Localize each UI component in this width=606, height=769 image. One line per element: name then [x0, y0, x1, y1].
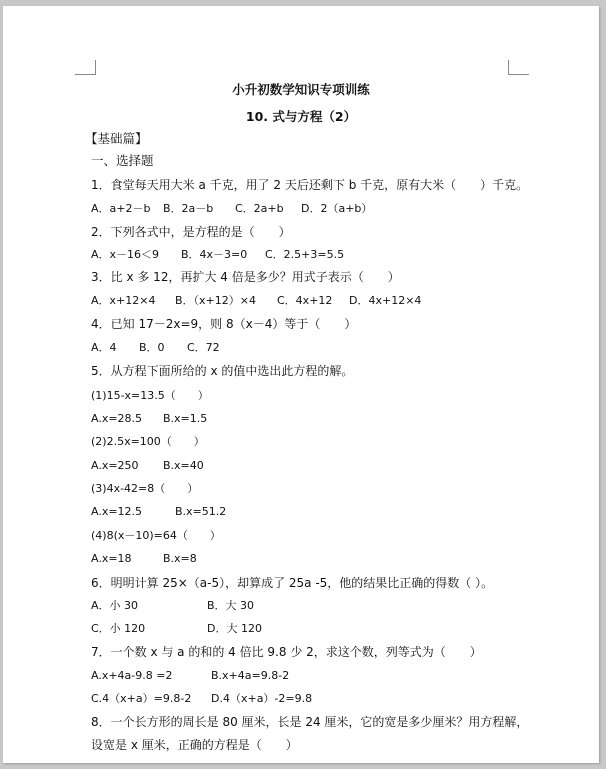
option-a: A．4 — [91, 341, 139, 355]
option-d: D．2（a+b） — [301, 202, 372, 216]
question-7-options-row-2: C.4（x+a）=9.8-2D.4（x+a）-2=9.8 — [91, 692, 312, 706]
question-8-stem-continued: 设宽是 x 厘米，正确的方程是（ ） — [91, 738, 298, 752]
option-a: A．x+12×4 — [91, 294, 175, 308]
option-b: B．0 — [139, 341, 187, 355]
question-5-sub-1-stem: (1)15-x=13.5（ ） — [91, 389, 209, 403]
option-a: A．小 30 — [91, 599, 207, 613]
question-4-stem: 4．已知 17－2x=9，则 8（x－4）等于（ ） — [91, 317, 356, 331]
option-a: A.x=12.5 — [91, 505, 175, 519]
option-d: D.4（x+a）-2=9.8 — [211, 692, 312, 706]
option-a: A.x=18 — [91, 552, 163, 566]
question-5-sub-4-options: A.x=18B.x=8 — [91, 552, 197, 566]
option-a: A．x－16＜9 — [91, 248, 181, 262]
question-5-sub-3-options: A.x=12.5B.x=51.2 — [91, 505, 226, 519]
option-c: C．4x+12 — [277, 294, 349, 308]
question-5-sub-2-options: A.x=250B.x=40 — [91, 459, 204, 473]
option-c: C.4（x+a）=9.8-2 — [91, 692, 211, 706]
option-b: B.x=40 — [163, 459, 204, 473]
question-2-options: A．x－16＜9B．4x－3=0C．2.5+3=5.5 — [91, 248, 344, 262]
question-4-options: A．4B．0C．72 — [91, 341, 220, 355]
option-b: B．4x－3=0 — [181, 248, 265, 262]
question-6-options-row-2: C．小 120D．大 120 — [91, 622, 262, 636]
option-b: B.x+4a=9.8-2 — [211, 669, 289, 683]
option-c: C．2a+b — [235, 202, 301, 216]
option-b: B．2a－b — [163, 202, 235, 216]
margin-corner-mark-right — [508, 60, 529, 75]
question-7-stem: 7．一个数 x 与 a 的和的 4 倍比 9.8 少 2，求这个数，列等式为（ … — [91, 645, 482, 659]
option-c: C．72 — [187, 341, 220, 355]
option-a: A.x+4a-9.8 =2 — [91, 669, 211, 683]
option-b: B．（x+12）×4 — [175, 294, 277, 308]
question-5-sub-4-stem: (4)8(x－10)=64（ ） — [91, 529, 221, 543]
question-8-stem: 8．一个长方形的周长是 80 厘米，长是 24 厘米，它的宽是多少厘米？用方程解… — [91, 715, 528, 729]
option-b: B.x=8 — [163, 552, 197, 566]
option-d: D．大 120 — [207, 622, 262, 636]
question-7-options-row-1: A.x+4a-9.8 =2B.x+4a=9.8-2 — [91, 669, 289, 683]
question-3-stem: 3．比 x 多 12，再扩大 4 倍是多少？用式子表示（ ） — [91, 270, 400, 284]
question-6-options-row-1: A．小 30B．大 30 — [91, 599, 254, 613]
option-c: C．2.5+3=5.5 — [265, 248, 344, 262]
question-5-stem: 5．从方程下面所给的 x 的值中选出此方程的解。 — [91, 364, 353, 378]
question-1-stem: 1．食堂每天用大米 a 千克，用了 2 天后还剩下 b 千克，原有大米（ ）千克… — [91, 178, 528, 192]
document-subtitle: 10. 式与方程（2） — [3, 110, 599, 124]
question-5-sub-1-options: A.x=28.5B.x=1.5 — [91, 412, 207, 426]
margin-corner-mark-left — [75, 60, 96, 75]
option-c: C．小 120 — [91, 622, 207, 636]
option-a: A.x=28.5 — [91, 412, 163, 426]
option-a: A．a+2－b — [91, 202, 163, 216]
question-1-options: A．a+2－bB．2a－bC．2a+bD．2（a+b） — [91, 202, 372, 216]
option-d: D．4x+12×4 — [349, 294, 421, 308]
option-b: B.x=51.2 — [175, 505, 226, 519]
question-6-stem: 6．明明计算 25×（a-5），却算成了 25a -5，他的结果比正确的得数（ … — [91, 576, 493, 590]
question-2-stem: 2．下列各式中，是方程的是（ ） — [91, 225, 291, 239]
option-a: A.x=250 — [91, 459, 163, 473]
document-title: 小升初数学知识专项训练 — [3, 83, 599, 97]
section-heading: 【基础篇】 — [85, 132, 148, 146]
option-b: B.x=1.5 — [163, 412, 207, 426]
question-5-sub-3-stem: (3)4x-42=8（ ） — [91, 482, 198, 496]
document-page: 小升初数学知识专项训练 10. 式与方程（2） 【基础篇】 一、选择题 1．食堂… — [3, 6, 599, 763]
part-heading: 一、选择题 — [91, 154, 154, 168]
question-3-options: A．x+12×4B．（x+12）×4C．4x+12D．4x+12×4 — [91, 294, 421, 308]
option-b: B．大 30 — [207, 599, 254, 613]
question-5-sub-2-stem: (2)2.5x=100（ ） — [91, 435, 205, 449]
